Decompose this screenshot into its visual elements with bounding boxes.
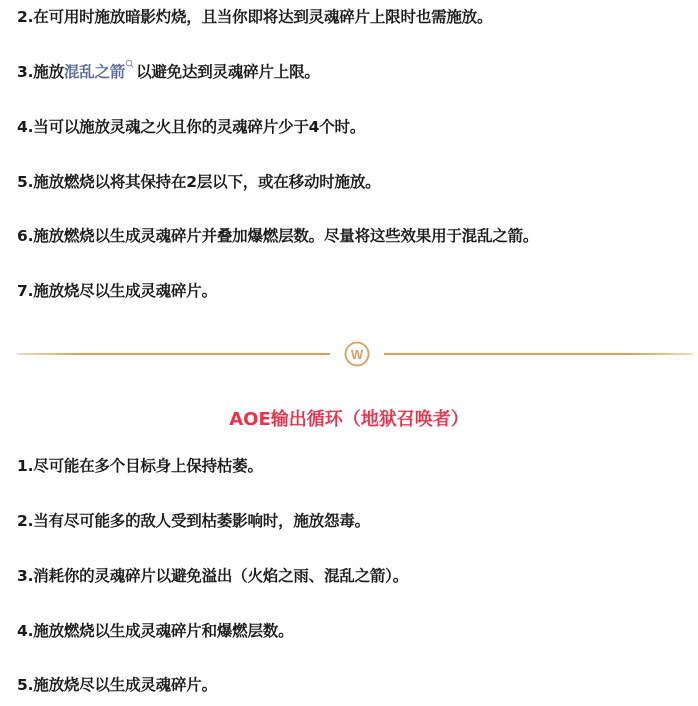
step-text: 5.施放燃烧以将其保持在2层以下，或在移动时施放。	[17, 173, 380, 191]
step-text-prefix: 3.施放	[17, 63, 64, 81]
rotation-step-4: 4.当可以施放灵魂之火且你的灵魂碎片少于4个时。	[17, 116, 698, 138]
rotation-step-6: 6.施放燃烧以生成灵魂碎片并叠加爆燃层数。尽量将这些效果用于混乱之箭。	[17, 225, 698, 247]
rotation-step-5: 5.施放燃烧以将其保持在2层以下，或在移动时施放。	[17, 171, 698, 193]
aoe-step-4: 4.施放燃烧以生成灵魂碎片和爆燃层数。	[17, 620, 698, 642]
aoe-step-1: 1.尽可能在多个目标身上保持枯萎。	[17, 455, 698, 477]
divider-rule-right	[384, 353, 693, 355]
spell-link-chaos-bolt[interactable]: 混乱之箭	[64, 63, 125, 81]
rotation-step-3: 3.施放混乱之箭以避免达到灵魂碎片上限。	[17, 61, 698, 83]
aoe-section-heading: AOE输出循环（地狱召唤者）	[0, 408, 698, 432]
step-text: 4.当可以施放灵魂之火且你的灵魂碎片少于4个时。	[17, 118, 365, 136]
step-text-suffix: 以避免达到灵魂碎片上限。	[136, 63, 320, 81]
divider-rule-left	[17, 353, 330, 355]
step-text: 4.施放燃烧以生成灵魂碎片和爆燃层数。	[17, 622, 293, 640]
step-text: 5.施放烧尽以生成灵魂碎片。	[17, 676, 217, 694]
aoe-step-5: 5.施放烧尽以生成灵魂碎片。	[17, 674, 698, 696]
search-icon[interactable]	[125, 61, 134, 73]
step-text: 3.消耗你的灵魂碎片以避免溢出（火焰之雨、混乱之箭）。	[17, 567, 408, 585]
rotation-step-7: 7.施放烧尽以生成灵魂碎片。	[17, 280, 698, 302]
aoe-step-2: 2.当有尽可能多的敌人受到枯萎影响时，施放怨毒。	[17, 510, 698, 532]
step-text: 2.在可用时施放暗影灼烧，且当你即将达到灵魂碎片上限时也需施放。	[17, 8, 492, 26]
step-text: 2.当有尽可能多的敌人受到枯萎影响时，施放怨毒。	[17, 512, 370, 530]
step-text: 6.施放燃烧以生成灵魂碎片并叠加爆燃层数。尽量将这些效果用于混乱之箭。	[17, 227, 538, 245]
svg-text:W: W	[351, 347, 364, 362]
step-text: 7.施放烧尽以生成灵魂碎片。	[17, 282, 217, 300]
wow-emblem-icon: W	[343, 340, 371, 368]
aoe-step-3: 3.消耗你的灵魂碎片以避免溢出（火焰之雨、混乱之箭）。	[17, 565, 698, 587]
rotation-step-2: 2.在可用时施放暗影灼烧，且当你即将达到灵魂碎片上限时也需施放。	[17, 6, 698, 28]
step-text: 1.尽可能在多个目标身上保持枯萎。	[17, 457, 263, 475]
section-divider: W	[0, 340, 698, 368]
